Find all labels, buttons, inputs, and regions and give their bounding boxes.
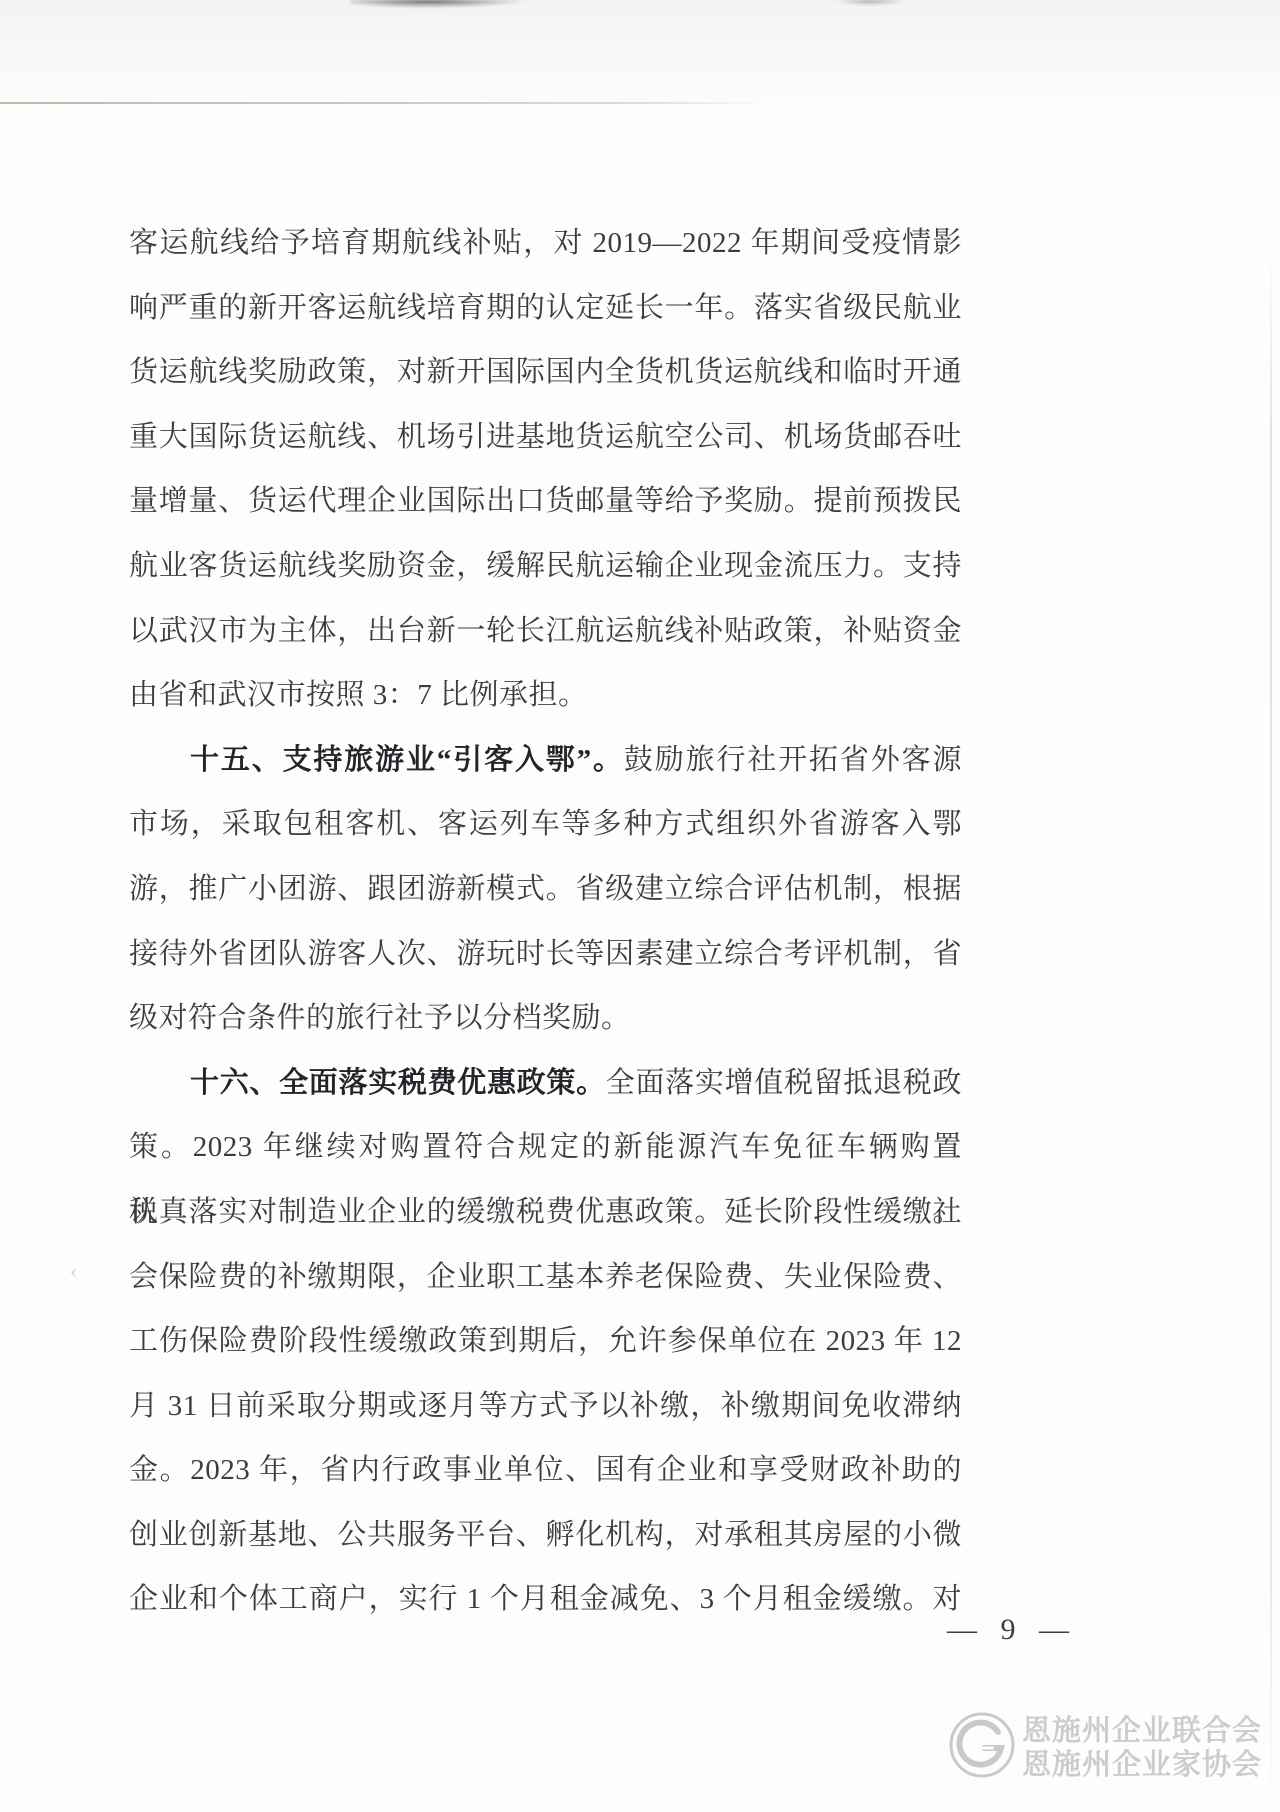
scan-smudge-artifact [350,0,525,8]
text-line: 由省和武汉市按照 3：7 比例承担。 [129,663,962,728]
watermark: 恩施州企业联合会 恩施州企业家协会 [946,1708,1262,1787]
document-body: 客运航线给予培育期航线补贴，对 2019—2022 年期间受疫情影响严重的新开客… [129,211,962,1632]
text-line: 重大国际货运航线、机场引进基地货运航空公司、机场货邮吞吐 [129,405,962,470]
text-line: 十六、全面落实税费优惠政策。全面落实增值税留抵退税政 [129,1051,962,1116]
text-line: 认真落实对制造业企业的缓缴税费优惠政策。延长阶段性缓缴社 [129,1180,962,1245]
line-text: 月 31 日前采取分期或逐月等方式予以补缴，补缴期间免收滞纳 [129,1390,962,1422]
text-line: 工伤保险费阶段性缓缴政策到期后，允许参保单位在 2023 年 12 [129,1309,962,1374]
line-text: 创业创新基地、公共服务平台、孵化机构，对承租其房屋的小微 [129,1519,962,1551]
watermark-line-2: 恩施州企业家协会 [1022,1748,1262,1782]
text-line: 十五、支持旅游业“引客入鄂”。鼓励旅行社开拓省外客源 [129,728,962,793]
enshi-federation-logo-icon [946,1708,1018,1787]
line-text: 全面落实增值税留抵退税政 [606,1067,962,1099]
text-line: 客运航线给予培育期航线补贴，对 2019—2022 年期间受疫情影 [129,211,962,276]
line-text: 由省和武汉市按照 3：7 比例承担。 [129,679,588,711]
watermark-line-1: 恩施州企业联合会 [1022,1714,1262,1748]
text-line: 会保险费的补缴期限，企业职工基本养老保险费、失业保险费、 [129,1245,962,1310]
text-line: 游，推广小团游、跟团游新模式。省级建立综合评估机制，根据 [129,857,962,922]
scan-shading-artifact [0,0,1280,130]
line-text: 鼓励旅行社开拓省外客源 [624,744,962,776]
line-text: 量增量、货运代理企业国际出口货邮量等给予奖励。提前预拨民 [129,485,962,517]
scan-smudge-artifact [835,0,905,6]
text-line: 以武汉市为主体，出台新一轮长江航运航线补贴政策，补贴资金 [129,599,962,664]
text-line: 策。2023 年继续对购置符合规定的新能源汽车免征车辆购置税。 [129,1115,962,1180]
text-line: 企业和个体工商户，实行 1 个月租金减免、3 个月租金缓缴。对 [129,1567,962,1632]
line-text: 接待外省团队游客人次、游玩时长等因素建立综合考评机制，省 [129,938,962,970]
stray-mark-artifact: ‹ [70,1258,77,1284]
line-text: 重大国际货运航线、机场引进基地货运航空公司、机场货邮吞吐 [129,421,962,453]
section-heading: 十六、全面落实税费优惠政策。 [190,1067,606,1099]
line-text: 企业和个体工商户，实行 1 个月租金减免、3 个月租金缓缴。对 [129,1583,962,1615]
line-text: 市场，采取包租客机、客运列车等多种方式组织外省游客入鄂 [129,808,962,840]
section-heading: 十五、支持旅游业“引客入鄂”。 [190,744,624,776]
line-text: 游，推广小团游、跟团游新模式。省级建立综合评估机制，根据 [129,873,962,905]
text-line: 创业创新基地、公共服务平台、孵化机构，对承租其房屋的小微 [129,1503,962,1568]
line-text: 客运航线给予培育期航线补贴，对 2019—2022 年期间受疫情影 [129,227,962,259]
text-line: 航业客货运航线奖励资金，缓解民航运输企业现金流压力。支持 [129,534,962,599]
text-line: 货运航线奖励政策，对新开国际国内全货机货运航线和临时开通 [129,340,962,405]
page-edge-shadow [1270,250,1272,1810]
page-number: — 9 — [928,1613,1088,1647]
line-text: 级对符合条件的旅行社予以分档奖励。 [129,1002,631,1034]
text-line: 月 31 日前采取分期或逐月等方式予以补缴，补缴期间免收滞纳 [129,1374,962,1439]
text-line: 接待外省团队游客人次、游玩时长等因素建立综合考评机制，省 [129,922,962,987]
line-text: 响严重的新开客运航线培育期的认定延长一年。落实省级民航业 [129,292,962,324]
line-text: 认真落实对制造业企业的缓缴税费优惠政策。延长阶段性缓缴社 [129,1196,962,1228]
line-text: 金。2023 年，省内行政事业单位、国有企业和享受财政补助的 [129,1454,962,1486]
text-line: 级对符合条件的旅行社予以分档奖励。 [129,986,962,1051]
line-text: 以武汉市为主体，出台新一轮长江航运航线补贴政策，补贴资金 [129,615,962,647]
text-line: 响严重的新开客运航线培育期的认定延长一年。落实省级民航业 [129,276,962,341]
document-page: ‹ 客运航线给予培育期航线补贴，对 2019—2022 年期间受疫情影响严重的新… [0,0,1280,1812]
line-text: 工伤保险费阶段性缓缴政策到期后，允许参保单位在 2023 年 12 [129,1325,962,1357]
text-line: 金。2023 年，省内行政事业单位、国有企业和享受财政补助的 [129,1438,962,1503]
text-line: 市场，采取包租客机、客运列车等多种方式组织外省游客入鄂 [129,792,962,857]
line-text: 会保险费的补缴期限，企业职工基本养老保险费、失业保险费、 [129,1261,962,1293]
watermark-text: 恩施州企业联合会 恩施州企业家协会 [1022,1714,1262,1782]
line-text: 航业客货运航线奖励资金，缓解民航运输企业现金流压力。支持 [129,550,962,582]
scan-line-artifact [0,102,765,104]
text-line: 量增量、货运代理企业国际出口货邮量等给予奖励。提前预拨民 [129,469,962,534]
line-text: 货运航线奖励政策，对新开国际国内全货机货运航线和临时开通 [129,356,962,388]
